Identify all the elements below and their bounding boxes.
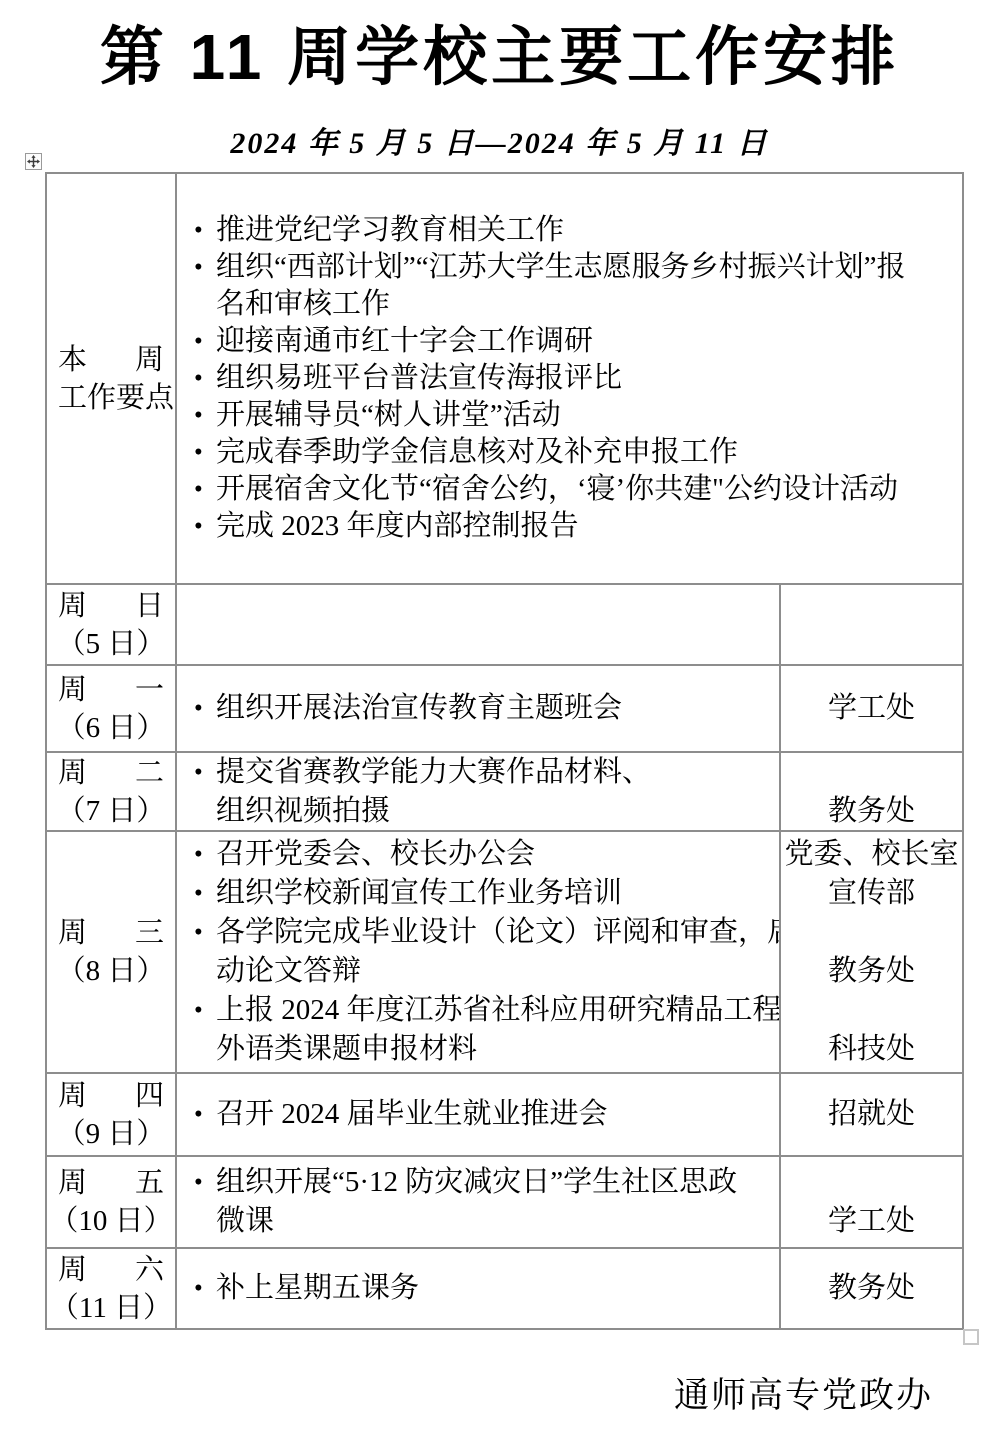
day-label-text: 周 [58, 1164, 87, 1202]
dept-name: 党委、校长室 [781, 835, 962, 874]
table-row: 周三（8 日）•召开党委会、校长办公会•组织学校新闻宣传工作业务培训•各学院完成… [47, 830, 962, 1072]
work-item-line: 名和审核工作 [194, 286, 958, 323]
work-item-text: 组织视频拍摄 [216, 792, 390, 831]
bullet-icon: • [194, 913, 216, 952]
work-item-line: •召开党委会、校长办公会 [194, 835, 775, 874]
dept-name: 宣传部 [781, 874, 962, 913]
bullet-icon: • [194, 397, 216, 434]
page-title: 第 11 周学校主要工作安排 [0, 6, 999, 98]
bullet-icon: • [194, 835, 216, 874]
dept-name: 招就处 [781, 1095, 962, 1134]
day-label-text: 作 [87, 379, 116, 417]
work-item-line: •召开 2024 届毕业生就业推进会 [194, 1095, 775, 1134]
content-cell: •补上星期五课务 [177, 1249, 779, 1328]
dept-cell [779, 585, 962, 664]
work-item-text: 提交省赛教学能力大赛作品材料、 [216, 753, 651, 792]
work-item-text: 组织学校新闻宣传工作业务培训 [216, 874, 622, 913]
table-row: 周五（10 日）•组织开展“5·12 防灾减灾日”学生社区思政微课学工处 [47, 1155, 962, 1247]
work-item-text: 组织开展“5·12 防灾减灾日”学生社区思政 [216, 1163, 737, 1202]
day-label-text: （9 日） [57, 1115, 166, 1153]
work-item-text: 组织“西部计划”“江苏大学生志愿服务乡村振兴计划”报 [216, 249, 906, 286]
day-label-text: 周 [135, 341, 164, 379]
bullet-icon: • [194, 991, 216, 1030]
day-label-text: 周 [58, 1251, 87, 1289]
work-item-line: 微课 [194, 1202, 775, 1241]
day-label-line: 周六 [58, 1251, 164, 1289]
day-label-text: 点 [145, 379, 174, 417]
bullet-icon: • [194, 1163, 216, 1202]
dept-name: 教务处 [781, 792, 962, 831]
day-label-text: 一 [135, 671, 164, 709]
work-item-line: •组织易班平台普法宣传海报评比 [194, 360, 958, 397]
day-label-line: 周一 [58, 671, 164, 709]
day-label-line: 周二 [58, 754, 164, 792]
day-label-text: 工 [58, 379, 87, 417]
content-cell: •组织开展法治宣传教育主题班会 [177, 666, 779, 751]
work-item-line: •组织开展法治宣传教育主题班会 [194, 689, 775, 728]
work-item-text: 上报 2024 年度江苏省社科应用研究精品工程 [216, 991, 779, 1030]
day-label-text: （8 日） [57, 952, 166, 990]
bullet-icon: • [194, 1269, 216, 1308]
work-item-text: 完成 2023 年度内部控制报告 [216, 508, 579, 545]
bullet-icon: • [194, 1095, 216, 1134]
day-label-line: （7 日） [58, 792, 164, 830]
work-item-line: •组织学校新闻宣传工作业务培训 [194, 874, 775, 913]
work-item-line: •完成春季助学金信息核对及补充申报工作 [194, 434, 958, 471]
day-label-text: 五 [135, 1164, 164, 1202]
bullet-icon: • [194, 874, 216, 913]
dept-name [781, 753, 962, 792]
date-range: 2024 年 5 月 5 日—2024 年 5 月 11 日 [0, 118, 999, 162]
move-cross-icon [27, 155, 40, 168]
day-label-text: （6 日） [57, 709, 166, 747]
dept-name: 学工处 [781, 1202, 962, 1241]
work-item-line: •补上星期五课务 [194, 1269, 775, 1308]
work-item-line: •开展辅导员“树人讲堂”活动 [194, 397, 958, 434]
work-item-line: 动论文答辩 [194, 952, 775, 991]
work-item-text: 召开党委会、校长办公会 [216, 835, 535, 874]
day-label-line: （11 日） [58, 1289, 164, 1327]
bullet-icon: • [194, 689, 216, 728]
work-item-line: •完成 2023 年度内部控制报告 [194, 508, 958, 545]
table-row: 周六（11 日）•补上星期五课务教务处 [47, 1247, 962, 1328]
work-item-text: 组织开展法治宣传教育主题班会 [216, 689, 622, 728]
bullet-icon: • [194, 471, 216, 508]
day-label-text: （7 日） [57, 792, 166, 830]
work-item-text: 召开 2024 届毕业生就业推进会 [216, 1095, 608, 1134]
day-label-text: 六 [135, 1251, 164, 1289]
work-item-line: •各学院完成毕业设计（论文）评阅和审查，启 [194, 913, 775, 952]
day-label-text: 周 [58, 914, 87, 952]
content-cell: •提交省赛教学能力大赛作品材料、组织视频拍摄 [177, 753, 779, 830]
dept-name: 教务处 [781, 952, 962, 991]
table-row: 周四（9 日）•召开 2024 届毕业生就业推进会招就处 [47, 1072, 962, 1155]
day-label-text: 要 [116, 379, 145, 417]
dept-name [781, 991, 962, 1030]
content-cell [177, 585, 779, 664]
day-cell: 周六（11 日） [47, 1249, 177, 1328]
work-item-text: 推进党纪学习教育相关工作 [216, 212, 564, 249]
work-item-text: 名和审核工作 [216, 286, 390, 323]
day-label-line: 周三 [58, 914, 164, 952]
day-cell: 周二（7 日） [47, 753, 177, 830]
day-label-text: 周 [58, 754, 87, 792]
day-label-text: 周 [58, 587, 87, 625]
dept-name [781, 1163, 962, 1202]
dept-cell: 党委、校长室宣传部教务处科技处 [779, 832, 962, 1072]
work-item-text: 微课 [216, 1202, 274, 1241]
content-cell: •召开党委会、校长办公会•组织学校新闻宣传工作业务培训•各学院完成毕业设计（论文… [177, 832, 779, 1072]
work-item-line: •开展宿舍文化节“宿舍公约，‘寝’你共建"公约设计活动 [194, 471, 958, 508]
dept-name: 科技处 [781, 1030, 962, 1069]
day-label-line: （9 日） [58, 1115, 164, 1153]
day-cell: 周五（10 日） [47, 1157, 177, 1247]
work-item-line: 外语类课题申报材料 [194, 1030, 775, 1069]
day-label-line: （5 日） [58, 625, 164, 663]
table-row: 周日（5 日） [47, 583, 962, 664]
day-label-line: 周日 [58, 587, 164, 625]
day-label-text: 四 [135, 1077, 164, 1115]
work-item-line: •提交省赛教学能力大赛作品材料、 [194, 753, 775, 792]
day-label-text: 三 [135, 914, 164, 952]
week-summary-label-cell: 本周工作要点 [47, 174, 177, 583]
day-label-text: （5 日） [57, 625, 166, 663]
work-item-line: •推进党纪学习教育相关工作 [194, 212, 958, 249]
bullet-icon: • [194, 249, 216, 286]
table-row: 周二（7 日）•提交省赛教学能力大赛作品材料、组织视频拍摄教务处 [47, 751, 962, 830]
work-item-text: 动论文答辩 [216, 952, 361, 991]
day-label-text: 周 [58, 671, 87, 709]
work-item-text: 外语类课题申报材料 [216, 1030, 477, 1069]
work-item-text: 补上星期五课务 [216, 1269, 419, 1308]
bullet-icon: • [194, 508, 216, 545]
day-label-text: （11 日） [50, 1289, 172, 1327]
day-label-text: 本 [58, 341, 87, 379]
work-item-line: •组织开展“5·12 防灾减灾日”学生社区思政 [194, 1163, 775, 1202]
work-item-line: •组织“西部计划”“江苏大学生志愿服务乡村振兴计划”报 [194, 249, 958, 286]
work-item-text: 开展辅导员“树人讲堂”活动 [216, 397, 561, 434]
day-label-line: （6 日） [58, 709, 164, 747]
schedule-table: 本周工作要点•推进党纪学习教育相关工作•组织“西部计划”“江苏大学生志愿服务乡村… [45, 172, 964, 1330]
day-label-line: 周四 [58, 1077, 164, 1115]
day-cell: 周一（6 日） [47, 666, 177, 751]
day-label-line: 周五 [58, 1164, 164, 1202]
day-label-line: 本周 [58, 341, 164, 379]
dept-cell: 招就处 [779, 1074, 962, 1155]
bullet-spacer [194, 1202, 216, 1241]
dept-name: 教务处 [781, 1269, 962, 1308]
content-cell: •组织开展“5·12 防灾减灾日”学生社区思政微课 [177, 1157, 779, 1247]
bullet-icon: • [194, 434, 216, 471]
work-item-line: •上报 2024 年度江苏省社科应用研究精品工程 [194, 991, 775, 1030]
bullet-spacer [194, 1030, 216, 1069]
table-resize-handle[interactable] [963, 1329, 979, 1345]
table-row: 周一（6 日）•组织开展法治宣传教育主题班会学工处 [47, 664, 962, 751]
bullet-icon: • [194, 323, 216, 360]
dept-cell: 教务处 [779, 753, 962, 830]
day-cell: 周三（8 日） [47, 832, 177, 1072]
dept-cell: 教务处 [779, 1249, 962, 1328]
work-item-text: 完成春季助学金信息核对及补充申报工作 [216, 434, 738, 471]
bullet-spacer [194, 792, 216, 831]
day-label-text: 日 [135, 587, 164, 625]
work-item-line: •迎接南通市红十字会工作调研 [194, 323, 958, 360]
work-item-text: 组织易班平台普法宣传海报评比 [216, 360, 622, 397]
dept-cell: 学工处 [779, 666, 962, 751]
dept-cell: 学工处 [779, 1157, 962, 1247]
dept-name [781, 913, 962, 952]
day-label-line: （10 日） [58, 1202, 164, 1240]
content-cell: •推进党纪学习教育相关工作•组织“西部计划”“江苏大学生志愿服务乡村振兴计划”报… [177, 174, 962, 583]
day-label-line: （8 日） [58, 952, 164, 990]
bullet-icon: • [194, 753, 216, 792]
dept-name: 学工处 [781, 689, 962, 728]
work-item-text: 各学院完成毕业设计（论文）评阅和审查，启 [216, 913, 779, 952]
day-label-text: 周 [58, 1077, 87, 1115]
footer-signature: 通师高专党政办 [674, 1368, 933, 1418]
bullet-spacer [194, 952, 216, 991]
table-row: 本周工作要点•推进党纪学习教育相关工作•组织“西部计划”“江苏大学生志愿服务乡村… [47, 174, 962, 583]
bullet-spacer [194, 286, 216, 323]
work-item-text: 迎接南通市红十字会工作调研 [216, 323, 593, 360]
table-move-handle[interactable] [25, 153, 42, 170]
day-label-text: 二 [135, 754, 164, 792]
bullet-icon: • [194, 212, 216, 249]
content-cell: •召开 2024 届毕业生就业推进会 [177, 1074, 779, 1155]
work-item-text: 开展宿舍文化节“宿舍公约，‘寝’你共建"公约设计活动 [216, 471, 898, 508]
day-label-text: （10 日） [49, 1202, 172, 1240]
day-cell: 周日（5 日） [47, 585, 177, 664]
bullet-icon: • [194, 360, 216, 397]
work-item-line: 组织视频拍摄 [194, 792, 775, 831]
day-label-line: 工作要点 [58, 379, 164, 417]
day-cell: 周四（9 日） [47, 1074, 177, 1155]
